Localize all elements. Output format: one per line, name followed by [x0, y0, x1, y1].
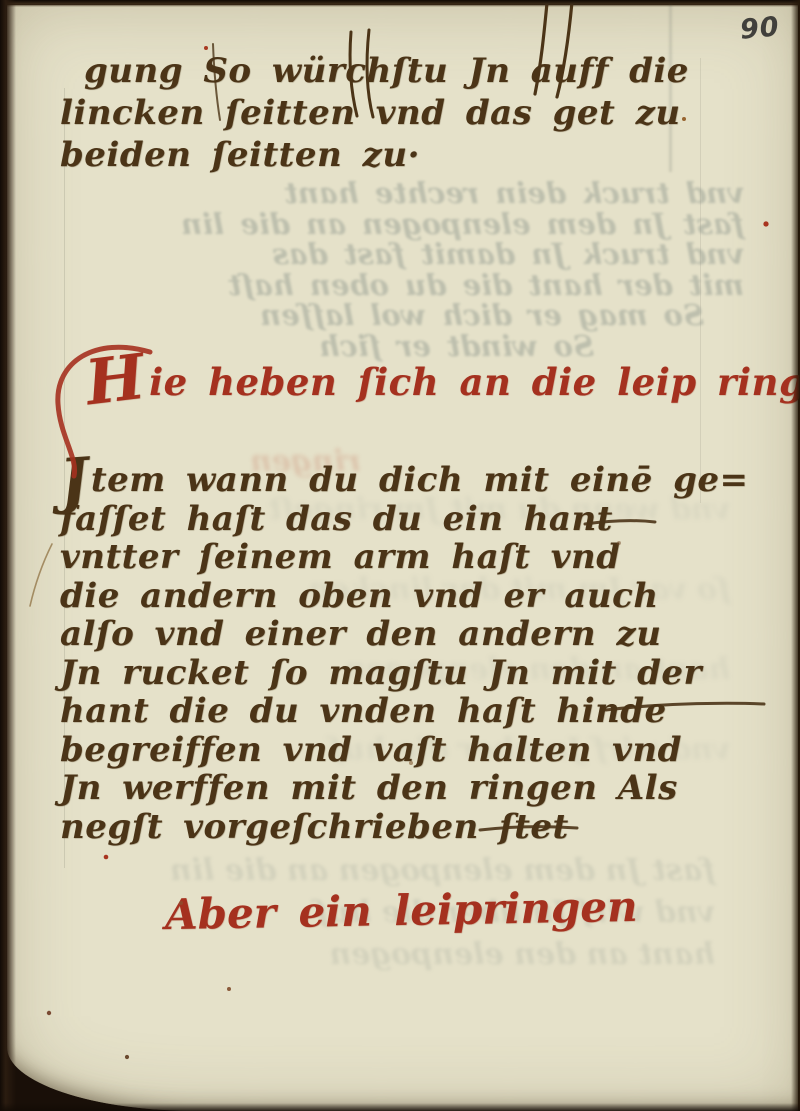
- text-line: faſſet haſt das du ein hant: [60, 499, 748, 538]
- text-line: Jn werffen mit den ringen Als: [60, 768, 748, 807]
- bleedthrough-line: mit der hant die du oben haſt: [58, 270, 744, 301]
- rubric-text: ie heben ſich an die leip ringen ·: [149, 360, 800, 404]
- paragraph-initial: J: [59, 462, 90, 500]
- text-line: vntter ſeinem arm haſt vnd: [60, 537, 748, 576]
- bleedthrough-line: fast Jn dem elenpogen an die lin: [58, 209, 744, 240]
- bleedthrough-line: vnd truck Jn damit fast das: [58, 239, 744, 270]
- text-line: negſt vorgeſchrieben ſtet: [60, 807, 748, 846]
- text-line: die andern oben vnd er auch: [60, 576, 748, 615]
- text-line: alſo vnd einer den andern zu: [60, 614, 748, 653]
- text-line: begreiffen vnd vaſt halten vnd: [60, 730, 748, 769]
- text-line: lincken ſeitten vnd das get zu: [60, 92, 689, 134]
- text-line: beiden ſeitten zu·: [60, 134, 689, 176]
- section-heading-rubric: Hie heben ſich an die leip ringen ·: [86, 360, 800, 404]
- text-line-rest: tem wann du dich mit einē ge=: [91, 460, 749, 500]
- body-paragraph: Jtem wann du dich mit einē ge= faſſet ha…: [60, 460, 748, 845]
- text-line: Jtem wann du dich mit einē ge=: [60, 460, 748, 499]
- closing-rubric: Aber ein leipringen: [165, 882, 638, 939]
- folio-number: 90: [739, 11, 781, 45]
- bleedthrough-line: vnd truck dein rechte hant: [58, 178, 744, 209]
- bleedthrough-line: hant an den elenpogen: [95, 934, 715, 976]
- opening-paragraph: gung So würchſtu Jn auff die lincken ſei…: [60, 50, 689, 176]
- manuscript-photo: vnd truck dein rechte hant fast Jn dem e…: [0, 0, 800, 1111]
- text-line: gung So würchſtu Jn auff die: [60, 50, 689, 92]
- text-line: hant die du vnden haſt hinde: [60, 691, 748, 730]
- rubric-initial: H: [84, 357, 148, 404]
- bleedthrough-line: So mag er dich wol laſſen: [58, 300, 704, 331]
- parchment-speckles: [0, 0, 2, 2]
- text-line: Jn rucket ſo magſtu Jn mit der: [60, 653, 748, 692]
- ink-bleedthrough-upper: vnd truck dein rechte hant fast Jn dem e…: [58, 178, 744, 361]
